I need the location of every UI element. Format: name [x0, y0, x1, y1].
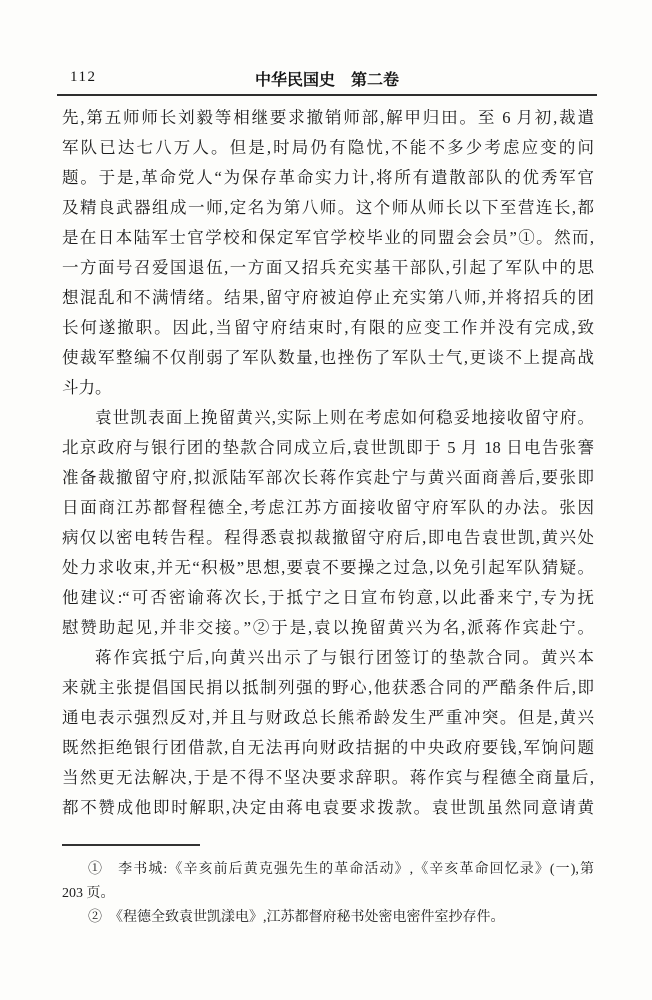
- text-line: 他建议:“可否密谕蒋次长,于抵宁之日宣布钧意,以此番来宁,专为抚: [62, 583, 594, 613]
- text-line: 慰赞助起见,并非交接。”②于是,袁以挽留黄兴为名,派蒋作宾赴宁。: [62, 613, 594, 643]
- text-line: 蒋作宾抵宁后,向黄兴出示了与银行团签订的垫款合同。黄兴本: [62, 643, 594, 673]
- footnote-line: 203 页。: [62, 882, 594, 906]
- text-line: 一方面号召爱国退伍,一方面又招兵充实基干部队,引起了军队中的思: [62, 253, 594, 283]
- text-line: 都不赞成他即时解职,决定由蒋电袁要求拨款。袁世凯虽然同意请黄: [62, 793, 594, 823]
- text-line: 准备裁撤留守府,拟派陆军部次长蒋作宾赴宁与黄兴面商善后,要张即: [62, 463, 594, 493]
- book-page: 112 中华民国史 第二卷 先,第五师师长刘毅等相继要求撤销师部,解甲归田。至 …: [0, 0, 652, 1000]
- text-line: 及精良武器组成一师,定名为第八师。这个师从师长以下至营连长,都: [62, 193, 594, 223]
- text-line: 既然拒绝银行团借款,自无法再向财政拮据的中央政府要钱,军饷问题: [62, 733, 594, 763]
- text-line: 病仅以密电转告程。程得悉袁拟裁撤留守府后,即电告袁世凯,黄兴处: [62, 523, 594, 553]
- footnote-separator-rule: [62, 844, 200, 846]
- text-line: 当然更无法解决,于是不得不坚决要求辞职。蒋作宾与程德全商量后,: [62, 763, 594, 793]
- text-line: 北京政府与银行团的垫款合同成立后,袁世凯即于 5 月 18 日电告张謇: [62, 433, 594, 463]
- text-line: 使裁军整编不仅削弱了军队数量,也挫伤了军队士气,更谈不上提高战: [62, 343, 594, 373]
- text-line: 来就主张提倡国民捐以抵制列强的野心,他获悉合同的严酷条件后,即: [62, 673, 594, 703]
- footnote-line: ① 李书城:《辛亥前后黄克强先生的革命活动》,《辛亥革命回忆录》(一),第: [62, 858, 594, 882]
- text-line: 是在日本陆军士官学校和保定军官学校毕业的同盟会会员”①。然而,: [62, 223, 594, 253]
- text-line: 先,第五师师长刘毅等相继要求撤销师部,解甲归田。至 6 月初,裁遣: [62, 103, 594, 133]
- header-rule: [57, 94, 597, 96]
- text-line: 想混乱和不满情绪。结果,留守府被迫停止充实第八师,并将招兵的团: [62, 283, 594, 313]
- footnotes: ① 李书城:《辛亥前后黄克强先生的革命活动》,《辛亥革命回忆录》(一),第203…: [62, 858, 594, 930]
- text-line: 处力求收束,并无“积极”思想,要袁不要操之过急,以免引起军队猜疑。: [62, 553, 594, 583]
- running-head: 112 中华民国史 第二卷: [57, 66, 597, 88]
- text-line: 日面商江苏都督程德全,考虑江苏方面接收留守府军队的办法。张因: [62, 493, 594, 523]
- body-text: 先,第五师师长刘毅等相继要求撤销师部,解甲归田。至 6 月初,裁遣军队已达七八万…: [62, 103, 594, 823]
- text-line: 题。于是,革命党人“为保存革命实力计,将所有遣散部队的优秀军官: [62, 163, 594, 193]
- running-title: 中华民国史 第二卷: [57, 67, 597, 90]
- footnote-line: ② 《程德全致袁世凯漾电》,江苏都督府秘书处密电密件室抄存件。: [62, 906, 594, 930]
- text-line: 军队已达七八万人。但是,时局仍有隐忧,不能不多少考虑应变的问: [62, 133, 594, 163]
- text-line: 斗力。: [62, 373, 594, 403]
- text-line: 长何遂撤职。因此,当留守府结束时,有限的应变工作并没有完成,致: [62, 313, 594, 343]
- text-line: 袁世凯表面上挽留黄兴,实际上则在考虑如何稳妥地接收留守府。: [62, 403, 594, 433]
- text-line: 通电表示强烈反对,并且与财政总长熊希龄发生严重冲突。但是,黄兴: [62, 703, 594, 733]
